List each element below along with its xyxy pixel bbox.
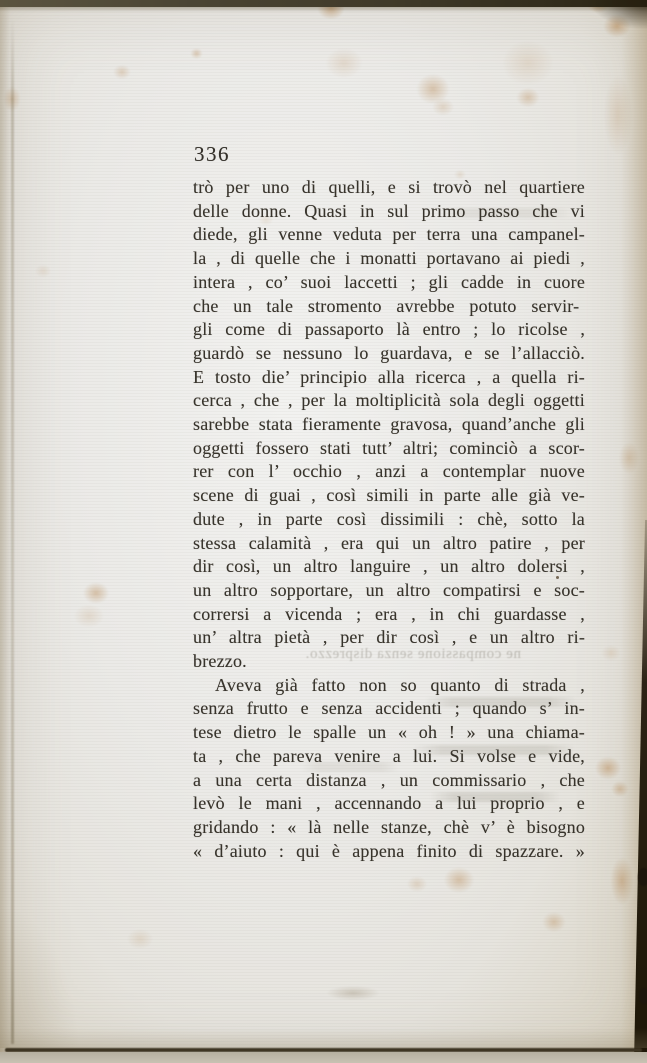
page-number: 336 (194, 142, 230, 167)
text-line: trò per uno di quelli, e si trovò nel qu… (193, 176, 585, 200)
text-line: rer con l’ occhio , anzi a contemplar nu… (193, 460, 585, 484)
text-line: dir così, un altro languire , un altro d… (193, 555, 585, 579)
text-line: corrersi a vicenda ; era , in chi guarda… (193, 603, 585, 627)
text-line: delle donne. Quasi in sul primo passo ch… (193, 200, 585, 224)
left-edge-shade (0, 0, 10, 1063)
text-line: E tosto die’ principio alla ricerca , a … (193, 366, 585, 390)
scanned-book-page: ne compassione senza disprezzo. (0, 0, 647, 1063)
text-line: un altro sopportare, un altro compatirsi… (193, 579, 585, 603)
text-line: tese dietro le spalle un « oh ! » una ch… (193, 721, 585, 745)
text-line: guardò se nessuno lo guardava, e se l’al… (193, 342, 585, 366)
top-right-corner-dark (589, 0, 647, 30)
text-line: brezzo. (193, 650, 585, 674)
text-line: sarebbe stata fieramente gravosa, quand’… (193, 413, 585, 437)
text-block: trò per uno di quelli, e si trovò nel qu… (193, 176, 585, 863)
left-page-crease (11, 18, 14, 1044)
text-line: « d’aiuto : qui è appena finito di spazz… (193, 840, 585, 864)
bottom-edge-shade (0, 1028, 647, 1048)
text-line: intera , co’ suoi laccetti ; gli cadde i… (193, 271, 585, 295)
book-edge-bump (639, 988, 647, 1004)
text-line: diede, gli venne veduta per terra una ca… (193, 223, 585, 247)
text-line: ta , che pareva venire a lui. Si volse e… (193, 745, 585, 769)
text-line: senza frutto e senza accidenti ; quando … (193, 697, 585, 721)
text-line: Aveva già fatto non so quanto di strada … (193, 674, 585, 698)
text-line: oggetti fossero stati tutt’ altri; comin… (193, 437, 585, 461)
text-line: un’ altra pietà , per dir così , e un al… (193, 626, 585, 650)
below-page-area (0, 1052, 647, 1063)
text-line: gridando : « là nelle stanze, chè v’ è b… (193, 816, 585, 840)
text-line: dute , in parte così dissimili : chè, so… (193, 508, 585, 532)
text-line: scene di guai , così simili in parte all… (193, 484, 585, 508)
text-line: a una certa distanza , un commissario , … (193, 769, 585, 793)
text-line: cerca , che , per la moltiplicità sola d… (193, 389, 585, 413)
text-line: la , di quelle che i monatti portavano a… (193, 247, 585, 271)
text-line: gli come di passaporto là entro ; lo ric… (193, 318, 585, 342)
text-line: che un tale stromento avrebbe potuto ser… (193, 295, 585, 319)
text-line: levò le mani , accennando a lui proprio … (193, 792, 585, 816)
page-top-edge (0, 0, 647, 7)
book-edge-bump (638, 868, 647, 886)
text-line: stessa calamità , era qui un altro patir… (193, 532, 585, 556)
page-top-edge-fade (0, 7, 647, 12)
